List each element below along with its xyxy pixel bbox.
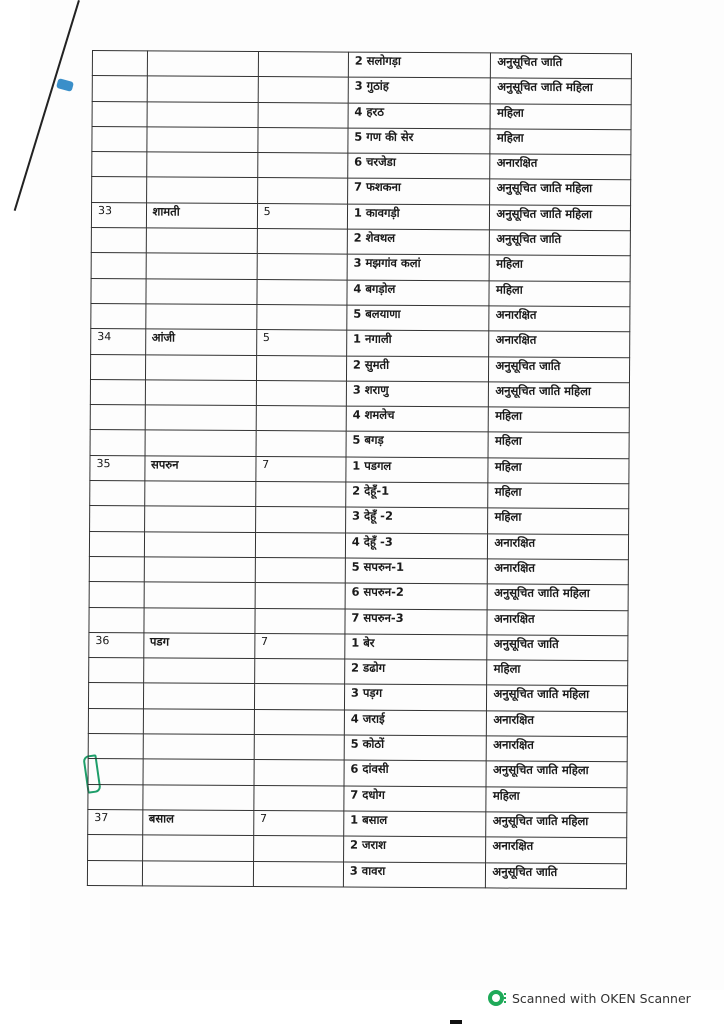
serial-number-cell [89,582,144,608]
serial-number-cell [87,860,142,886]
reservation-category-cell: अनारक्षित [488,559,629,585]
scanner-label: Scanned with OKEN Scanner [512,991,691,1006]
panchayat-name-cell [145,354,256,380]
reservation-category-cell: अनारक्षित [487,736,628,762]
ward-name-cell: 4 जराई [344,710,487,736]
panchayat-name-cell [146,127,257,153]
ward-reservation-table: 2 सलोगड़ाअनुसूचित जाति3 गुठांहअनुसूचित ज… [87,50,632,889]
ward-name-cell: 4 बगड़ोल [347,280,490,306]
table-row: 3 वावराअनुसूचित जाति [87,860,626,889]
ward-count-cell: 7 [253,810,343,836]
ward-name-cell: 6 चरजेडा [348,153,491,179]
panchayat-name-cell: पडग [143,633,254,659]
serial-number-cell: 34 [91,329,146,355]
ward-name-cell: 2 सलोगड़ा [348,52,491,78]
panchayat-name-cell [143,607,254,633]
serial-number-cell [91,228,146,254]
ward-name-cell: 7 दधोग [344,786,487,812]
serial-number-cell [88,683,143,709]
reservation-category-cell: अनुसूचित जाति [490,230,631,256]
reservation-category-cell: महिला [490,129,631,155]
panchayat-name-cell [146,177,257,203]
ward-count-cell [255,532,345,558]
table-row: 7 फशकनाअनुसूचित जाति महिला [92,177,631,206]
reservation-category-cell: महिला [490,104,631,130]
serial-number-cell [90,354,145,380]
table-row: 3 शराणुअनुसूचित जाति महिला [90,379,629,408]
serial-number-cell: 33 [91,202,146,228]
panchayat-name-cell [143,709,254,735]
serial-number-cell [92,51,147,77]
table-row: 3 देहूँ -2महिला [90,506,629,535]
ward-count-cell [257,254,347,280]
table-row: 35सपरुन71 पडगलमहिला [90,455,629,484]
table-row: 3 पड़गअनुसूचित जाति महिला [88,683,627,712]
serial-number-cell [90,430,145,456]
panchayat-name-cell [143,658,254,684]
reservation-category-cell: महिला [487,660,628,686]
serial-number-cell [90,405,145,431]
serial-number-cell [91,278,146,304]
ward-name-cell: 5 कोठों [344,735,487,761]
reservation-category-cell: अनुसूचित जाति महिला [486,812,627,838]
table-row: 34आंजी51 नगालीअनारक्षित [91,329,630,358]
page-bottom-mark [450,1020,462,1024]
ward-count-cell [257,178,347,204]
panchayat-name-cell [144,582,255,608]
reservation-category-cell: महिला [489,281,630,307]
ward-name-cell: 3 देहूँ -2 [345,507,488,533]
ward-count-cell [258,77,348,103]
table-row: 6 सपरुन-2अनुसूचित जाति महिला [89,582,628,611]
ward-count-cell [255,482,345,508]
panchayat-name-cell [145,304,256,330]
ward-name-cell: 3 पड़ग [344,684,487,710]
ward-count-cell [253,836,343,862]
reservation-category-cell: अनुसूचित जाति [489,356,630,382]
reservation-category-cell: महिला [488,458,629,484]
serial-number-cell [88,734,143,760]
ward-count-cell [256,355,346,381]
serial-number-cell [90,506,145,532]
table-row: 3 गुठांहअनुसूचित जाति महिला [92,76,631,105]
ward-count-cell [254,785,344,811]
ward-name-cell: 5 गण की सेर [348,128,491,154]
serial-number-cell [92,76,147,102]
reservation-category-cell: महिला [489,407,630,433]
table-row: 5 गण की सेरमहिला [92,126,631,155]
reservation-category-cell: अनुसूचित जाति [491,53,632,79]
table-body: 2 सलोगड़ाअनुसूचित जाति3 गुठांहअनुसूचित ज… [87,51,631,889]
ward-count-cell [257,279,347,305]
panchayat-name-cell [143,683,254,709]
table-row: 3 मझगांव कलांमहिला [91,253,630,282]
ward-name-cell: 3 गुठांह [348,77,491,103]
ward-name-cell: 2 डढोग [344,659,487,685]
ward-count-cell [256,406,346,432]
panchayat-name-cell [142,784,253,810]
oken-scanner-logo-icon [488,990,504,1006]
table-row: 4 बगड़ोलमहिला [91,278,630,307]
table-row: 33शामती51 कावगड़ीअनुसूचित जाति महिला [91,202,630,231]
table-row: 5 बगड़महिला [90,430,629,459]
panchayat-name-cell [147,76,258,102]
scanner-watermark: Scanned with OKEN Scanner [488,990,691,1006]
ward-count-cell [258,52,348,78]
serial-number-cell [88,759,143,785]
table-row: 7 सपरुन-3अनारक्षित [89,607,628,636]
ward-count-cell [257,153,347,179]
reservation-category-cell: अनारक्षित [489,331,630,357]
table-row: 4 शमलेचमहिला [90,405,629,434]
table-row: 6 चरजेडाअनारक्षित [92,152,631,181]
ward-name-cell: 5 बलयाणा [347,305,490,331]
panchayat-name-cell [143,759,254,785]
serial-number-cell [88,835,143,861]
table-row: 4 हरठमहिला [92,101,631,130]
reservation-category-cell: अनारक्षित [488,534,629,560]
reservation-category-cell: अनुसूचित जाति महिला [490,179,631,205]
panchayat-name-cell [147,51,258,77]
serial-number-cell [89,556,144,582]
serial-number-cell [92,101,147,127]
serial-number-cell [89,607,144,633]
ward-name-cell: 1 बेर [345,634,488,660]
reservation-category-cell: महिला [488,508,629,534]
panchayat-name-cell [145,279,256,305]
panchayat-name-cell [145,380,256,406]
ward-name-cell: 3 शराणु [346,381,489,407]
ward-count-cell [255,507,345,533]
table-row: 4 देहूँ -3अनारक्षित [89,531,628,560]
ward-name-cell: 3 वावरा [343,862,486,888]
ward-count-cell [258,102,348,128]
panchayat-name-cell [143,734,254,760]
serial-number-cell [91,303,146,329]
serial-number-cell [91,253,146,279]
ward-count-cell [254,760,344,786]
ward-count-cell [257,229,347,255]
ward-count-cell [256,304,346,330]
ward-name-cell: 1 बसाल [344,811,487,837]
table-row: 2 जराशअनारक्षित [88,835,627,864]
ward-count-cell [254,684,344,710]
table-row: 2 देहूँ-1महिला [90,481,629,510]
ward-count-cell: 7 [256,456,346,482]
ward-count-cell [255,583,345,609]
reservation-category-cell: अनारक्षित [489,306,630,332]
ward-name-cell: 6 सपरुन-2 [345,583,488,609]
table-row: 37बसाल71 बसालअनुसूचित जाति महिला [88,809,627,838]
ward-count-cell [254,735,344,761]
reservation-category-cell: महिला [488,432,629,458]
panchayat-name-cell [144,557,255,583]
reservation-category-cell: अनुसूचित जाति महिला [491,78,632,104]
reservation-category-cell: अनुसूचित जाति [486,862,627,888]
ward-name-cell: 7 सपरुन-3 [345,609,488,635]
panchayat-name-cell [146,152,257,178]
reservation-category-cell: अनुसूचित जाति महिला [486,761,627,787]
serial-number-cell: 36 [89,632,144,658]
ward-name-cell: 1 पडगल [346,457,489,483]
serial-number-cell [90,379,145,405]
ward-name-cell: 2 शेवथल [347,229,490,255]
reservation-category-cell: अनारक्षित [487,609,628,635]
reservation-category-cell: अनारक्षित [490,154,631,180]
reservation-category-cell: महिला [486,787,627,813]
ward-name-cell: 2 सुमती [346,356,489,382]
panchayat-name-cell [146,228,257,254]
serial-number-cell [90,481,145,507]
serial-number-cell: 37 [88,809,143,835]
table-row: 2 सलोगड़ाअनुसूचित जाति [92,51,631,80]
ward-name-cell: 5 बगड़ [346,432,489,458]
ward-name-cell: 2 जराश [343,836,486,862]
table-row: 5 बलयाणाअनारक्षित [91,303,630,332]
table-row: 2 शेवथलअनुसूचित जाति [91,228,630,257]
ward-count-cell [255,608,345,634]
ward-name-cell: 6 दांवसी [344,760,487,786]
ward-count-cell [256,380,346,406]
ward-count-cell: 7 [254,633,344,659]
serial-number-cell: 35 [90,455,145,481]
panchayat-name-cell [144,531,255,557]
serial-number-cell [92,177,147,203]
reservation-category-cell: अनुसूचित जाति महिला [487,685,628,711]
ward-count-cell [258,127,348,153]
table-row: 4 जराईअनारक्षित [88,708,627,737]
reservation-category-cell: अनुसूचित जाति महिला [488,584,629,610]
table-row: 5 कोठोंअनारक्षित [88,734,627,763]
serial-number-cell [92,152,147,178]
ward-count-cell [253,861,343,887]
panchayat-name-cell: सपरुन [144,456,255,482]
reservation-category-cell: महिला [490,255,631,281]
ward-count-cell: 5 [257,203,347,229]
reservation-category-cell: महिला [488,483,629,509]
panchayat-name-cell [142,860,253,886]
panchayat-name-cell: शामती [146,203,257,229]
ward-count-cell [255,557,345,583]
ward-name-cell: 1 नगाली [346,330,489,356]
panchayat-name-cell [147,101,258,127]
serial-number-cell [88,708,143,734]
ward-name-cell: 7 फशकना [347,179,490,205]
ward-count-cell [254,709,344,735]
table-row: 2 सुमतीअनुसूचित जाति [90,354,629,383]
ward-name-cell: 4 शमलेच [346,406,489,432]
ward-name-cell: 1 कावगड़ी [347,204,490,230]
serial-number-cell [88,784,143,810]
reservation-category-cell: अनारक्षित [487,711,628,737]
serial-number-cell [89,531,144,557]
reservation-category-cell: अनुसूचित जाति महिला [490,205,631,231]
ward-count-cell [256,431,346,457]
panchayat-name-cell: आंजी [145,329,256,355]
ward-count-cell: 5 [256,330,346,356]
serial-number-cell [89,658,144,684]
serial-number-cell [92,126,147,152]
table-row: 6 दांवसीअनुसूचित जाति महिला [88,759,627,788]
panchayat-name-cell [145,430,256,456]
table-row: 2 डढोगमहिला [89,658,628,687]
table-row: 5 सपरुन-1अनारक्षित [89,556,628,585]
ward-count-cell [254,659,344,685]
panchayat-name-cell [142,835,253,861]
ward-name-cell: 4 देहूँ -3 [345,533,488,559]
ward-name-cell: 4 हरठ [348,103,491,129]
panchayat-name-cell [144,481,255,507]
ward-name-cell: 2 देहूँ-1 [346,482,489,508]
ward-name-cell: 5 सपरुन-1 [345,558,488,584]
panchayat-name-cell: बसाल [142,810,253,836]
panchayat-name-cell [144,506,255,532]
reservation-category-cell: अनुसूचित जाति महिला [489,382,630,408]
reservation-category-cell: अनारक्षित [486,837,627,863]
panchayat-name-cell [146,253,257,279]
ward-name-cell: 3 मझगांव कलां [347,254,490,280]
panchayat-name-cell [145,405,256,431]
reservation-category-cell: अनुसूचित जाति [487,635,628,661]
table-row: 36पडग71 बेरअनुसूचित जाति [89,632,628,661]
table-row: 7 दधोगमहिला [88,784,627,813]
